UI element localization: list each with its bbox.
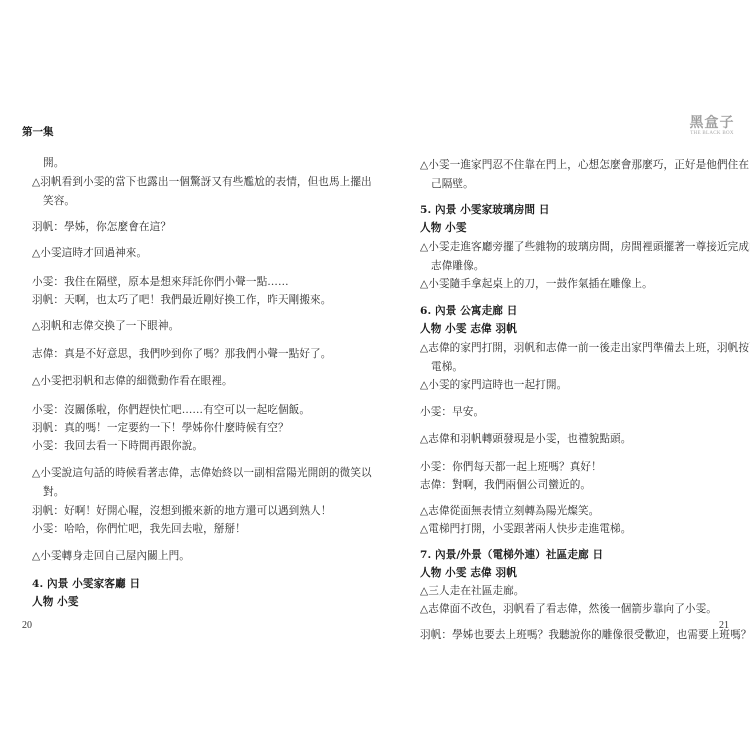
scene-heading: 人物 小雯 志偉 羽帆 [420, 566, 517, 580]
script-line: 小雯：我回去看一下時間再跟你說。 [32, 439, 203, 453]
script-line: 己隔壁。 [431, 177, 474, 191]
script-line: 笑容。 [43, 194, 75, 208]
logo-english: THE BLACK BOX [677, 131, 747, 137]
script-line: 羽帆：天啊，也太巧了吧！我們最近剛好換工作，昨天剛搬來。 [32, 293, 331, 307]
script-line: △小雯走進客廳旁擺了些雜物的玻璃房間，房間裡頭擺著一尊接近完成的 [420, 240, 750, 254]
logo-chinese: 黑盒子 [677, 116, 747, 131]
script-line: △小雯的家門這時也一起打開。 [420, 378, 567, 392]
script-line: △小雯這時才回過神來。 [32, 246, 147, 260]
page-number-right: 21 [719, 620, 729, 631]
chapter-title: 第一集 [22, 124, 54, 139]
script-line: 羽帆：學姊也要去上班嗎？我聽說你的雕像很受歡迎，也需要上班嗎？ [420, 628, 750, 642]
script-line: 小雯：哈哈，你們忙吧，我先回去啦，掰掰！ [32, 522, 246, 536]
script-line: △小雯一進家門忍不住靠在門上，心想怎麼會那麼巧，正好是他們住在自 [420, 158, 750, 172]
script-line: △小雯轉身走回自己屋內關上門。 [32, 549, 190, 563]
scene-heading: 5. 內景 小雯家玻璃房間 日 [420, 203, 550, 217]
page-number-left: 20 [22, 620, 32, 631]
script-line: 對。 [43, 485, 64, 499]
script-line: △電梯門打開，小雯跟著兩人快步走進電梯。 [420, 522, 631, 536]
publisher-logo: 黑盒子 THE BLACK BOX [677, 116, 747, 137]
script-line: △小雯隨手拿起桌上的刀，一鼓作氣插在雕像上。 [420, 277, 653, 291]
scene-heading: 人物 小雯 [32, 595, 79, 609]
script-line: 小雯：你們每天都一起上班嗎？真好！ [420, 460, 602, 474]
script-line: 羽帆：真的嗎！一定要約一下！學姊你什麼時候有空？ [32, 421, 289, 435]
scene-heading: 人物 小雯 志偉 羽帆 [420, 322, 517, 336]
script-line: △三人走在社區走廊。 [420, 584, 525, 598]
script-line: 小雯：我住在隔壁，原本是想來拜託你們小聲一點…… [32, 275, 289, 289]
script-line: 志偉雕像。 [431, 259, 484, 273]
script-line: △志偉面不改色，羽帆看了看志偉，然後一個箭步靠向了小雯。 [420, 602, 717, 616]
script-line: △志偉的家門打開，羽帆和志偉一前一後走出家門準備去上班，羽帆按下 [420, 341, 750, 355]
right-page: 黑盒子 THE BLACK BOX △小雯一進家門忍不住靠在門上，心想怎麼會那麼… [375, 0, 750, 750]
script-line: 電梯。 [431, 360, 463, 374]
script-line: △志偉從面無表情立刻轉為陽光燦笑。 [420, 504, 599, 518]
script-line: △小雯說這句話的時候看著志偉，志偉始終以一副相當陽光開朗的微笑以 [32, 466, 372, 480]
script-line: △羽帆看到小雯的當下也露出一個驚訝又有些尷尬的表情，但也馬上擺出 [32, 175, 372, 189]
script-line: 羽帆：學姊，你怎麼會在這？ [32, 220, 171, 234]
script-line: △羽帆和志偉交換了一下眼神。 [32, 319, 179, 333]
script-line: △小雯把羽帆和志偉的細微動作看在眼裡。 [32, 374, 233, 388]
script-line: 志偉：真是不好意思，我們吵到你了嗎？那我們小聲一點好了。 [32, 347, 331, 361]
script-line: △志偉和羽帆轉頭發現是小雯，也禮貌點頭。 [420, 432, 631, 446]
script-line: 小雯：沒關係啦，你們趕快忙吧……有空可以一起吃個飯。 [32, 403, 310, 417]
scene-heading: 6. 內景 公寓走廊 日 [420, 304, 517, 318]
scene-heading: 7. 內景/外景（電梯外連）社區走廊 日 [420, 548, 603, 562]
script-line: 小雯：早安。 [420, 405, 484, 419]
script-line: 羽帆：好啊！好開心喔，沒想到搬來新的地方還可以遇到熟人！ [32, 504, 331, 518]
script-line: 開。 [43, 156, 64, 170]
scene-heading: 4. 內景 小雯家客廳 日 [32, 577, 140, 591]
left-page: 第一集 開。△羽帆看到小雯的當下也露出一個驚訝又有些尷尬的表情，但也馬上擺出笑容… [0, 0, 375, 750]
script-line: 志偉：對啊，我們兩個公司蠻近的。 [420, 478, 591, 492]
scene-heading: 人物 小雯 [420, 221, 467, 235]
